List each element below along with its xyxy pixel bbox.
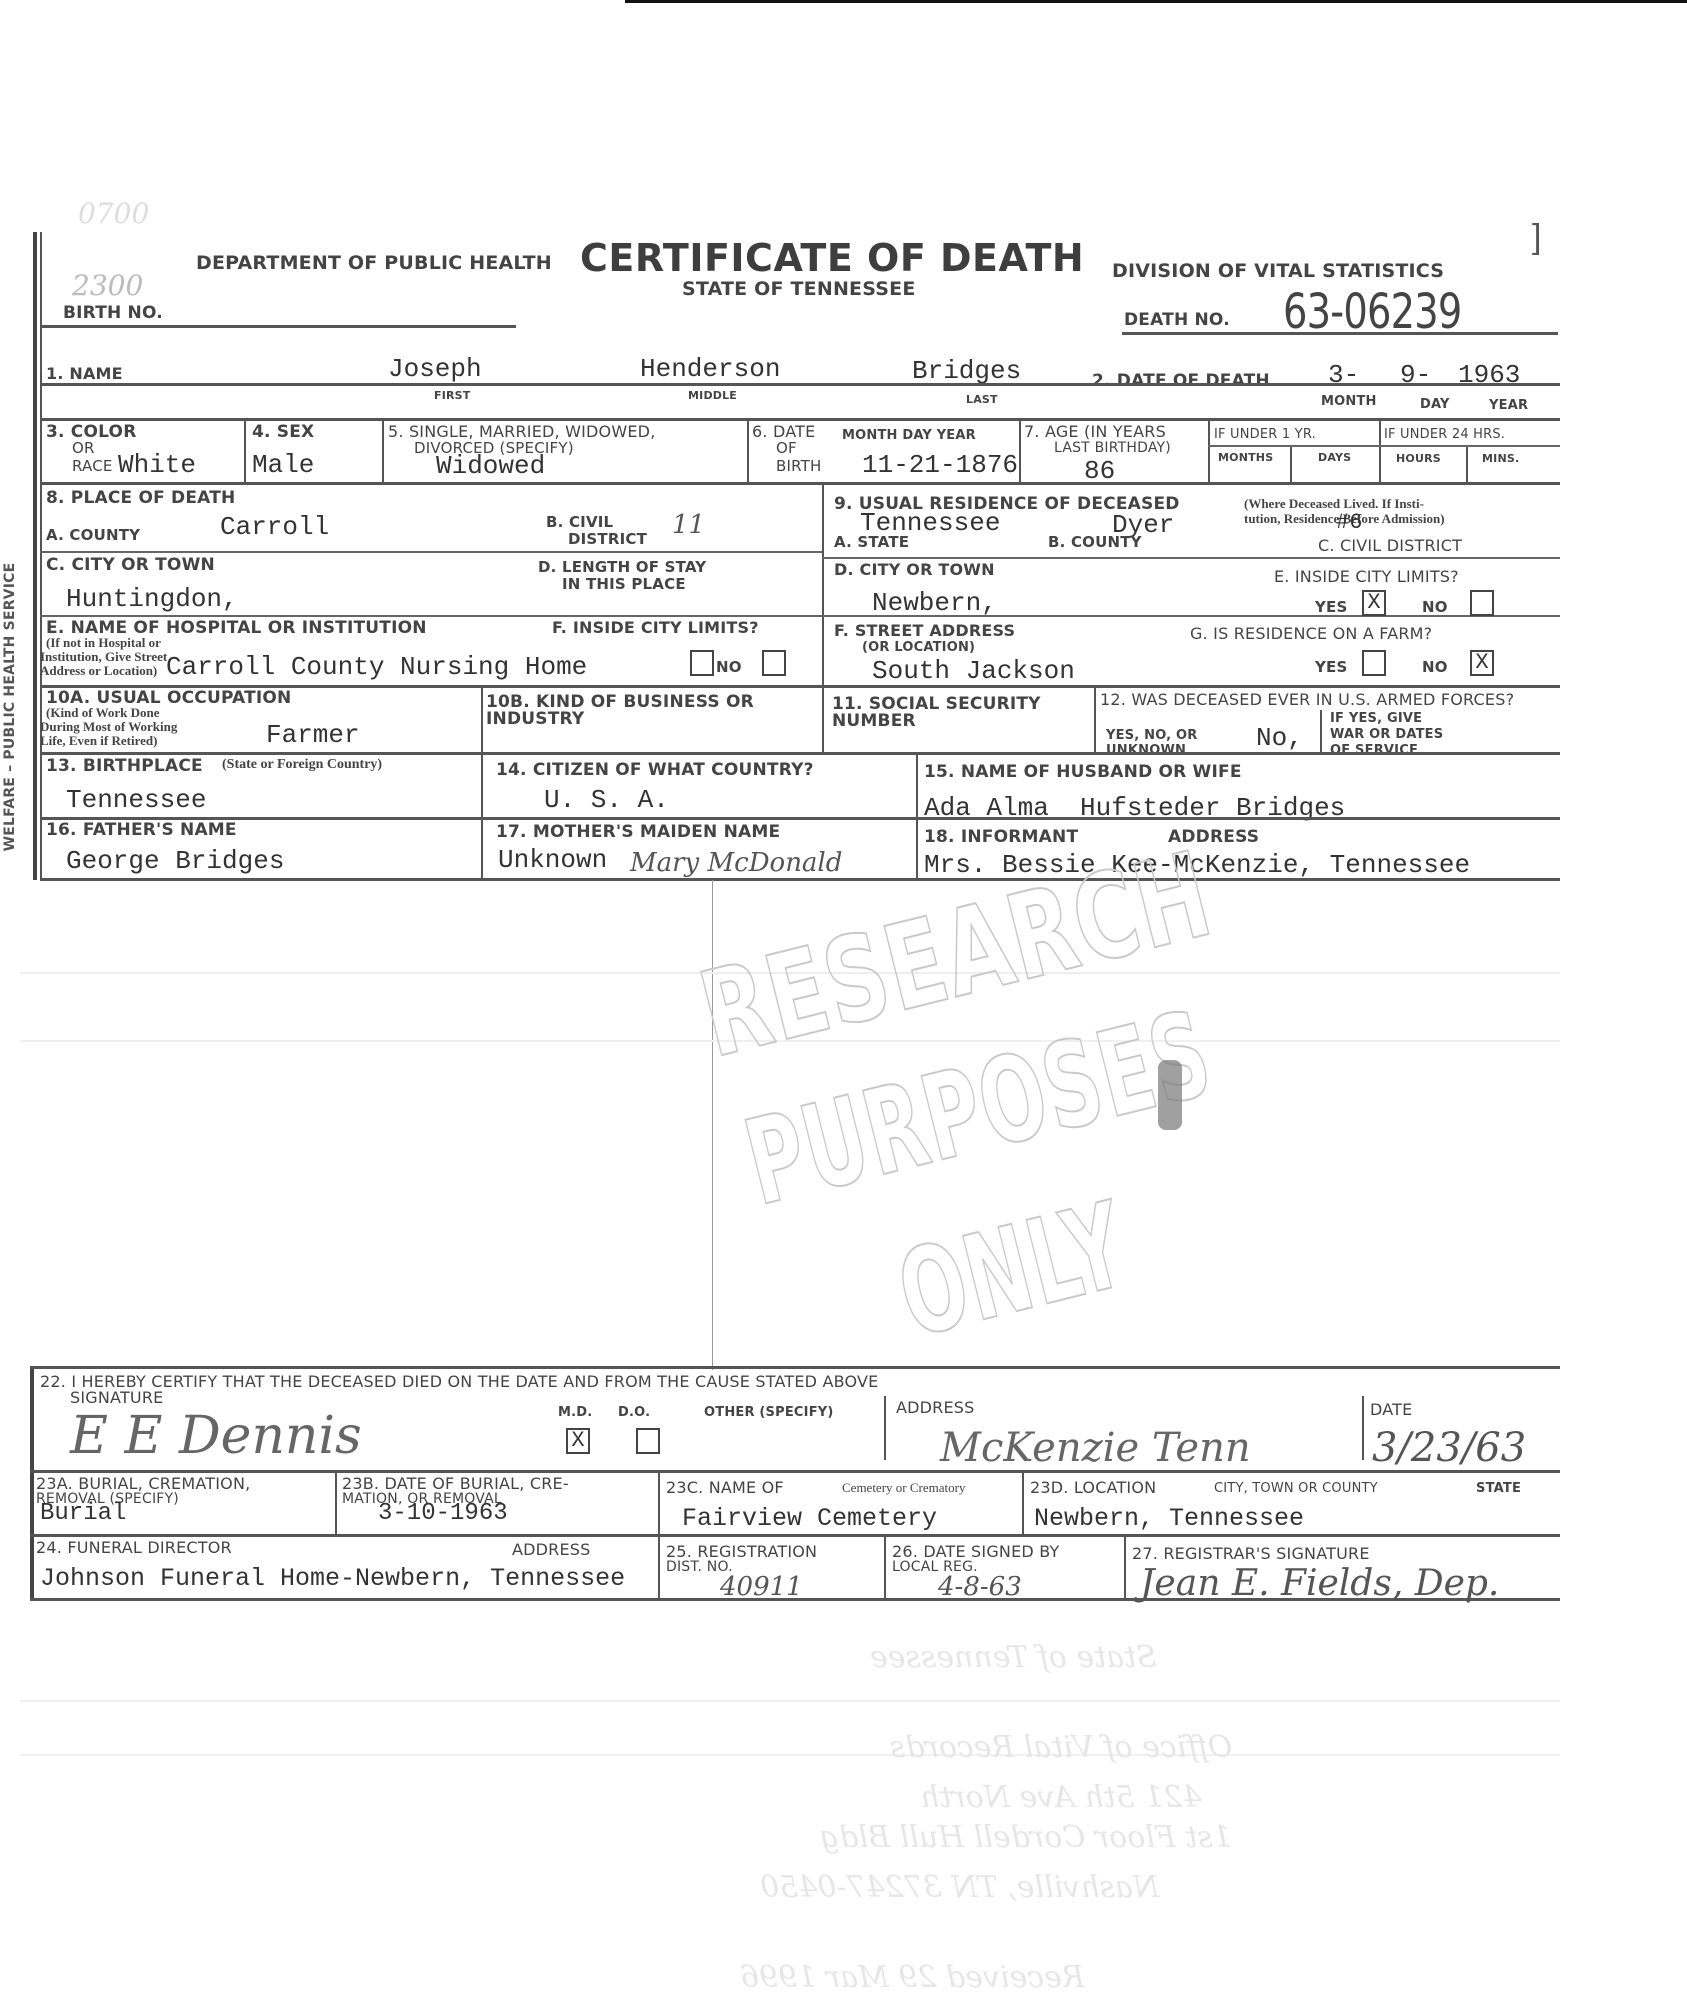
death-no-text: NO xyxy=(716,660,742,675)
faded-line-6: Received 29 Mar 1996 xyxy=(740,1960,1084,1995)
occupation-note-3: Life, Even if Retired) xyxy=(40,734,157,747)
yn-label-2: UNKNOWN xyxy=(1106,744,1186,757)
location-note: CITY, TOWN OR COUNTY xyxy=(1214,1482,1378,1495)
row3-top-rule xyxy=(40,482,1560,485)
residence-state-label: A. STATE xyxy=(834,535,909,550)
stamp-ink-blot xyxy=(1158,1060,1182,1130)
place-of-death-label: 8. PLACE OF DEATH xyxy=(46,490,235,507)
death-inside-no-checkbox[interactable] xyxy=(762,650,786,676)
stay-label-2: IN THIS PLACE xyxy=(562,577,686,592)
marital-value: Widowed xyxy=(436,453,545,479)
location-label: 23D. LOCATION xyxy=(1030,1480,1156,1496)
race-value: White xyxy=(118,452,196,478)
other-specify-label: OTHER (SPECIFY) xyxy=(704,1406,834,1419)
name-last: Bridges xyxy=(912,358,1021,384)
under-1yr-label: IF UNDER 1 YR. xyxy=(1214,428,1316,441)
occupation-note-2: During Most of Working xyxy=(40,720,177,733)
row2-top-rule xyxy=(40,418,1560,421)
header-rule-right xyxy=(1122,332,1558,335)
color-label-2: OR xyxy=(72,441,95,456)
mins-label: MINS. xyxy=(1482,453,1519,464)
divider xyxy=(1466,445,1468,482)
do-checkbox[interactable] xyxy=(636,1428,660,1454)
dob-label-1: 6. DATE xyxy=(752,424,815,440)
informant-label: 18. INFORMANT xyxy=(924,829,1078,846)
location-value: Newbern, Tennessee xyxy=(1034,1506,1304,1531)
residence-civil-label: C. CIVIL DISTRICT xyxy=(1318,538,1462,554)
sex-value: Male xyxy=(252,452,314,478)
md-checkbox[interactable]: X xyxy=(566,1428,590,1454)
certify-top-rule xyxy=(30,1366,1560,1369)
certify-label: 22. I HEREBY CERTIFY THAT THE DECEASED D… xyxy=(40,1374,878,1390)
ssn-label-2: NUMBER xyxy=(832,713,916,730)
mother-handwritten: Mary McDonald xyxy=(630,850,842,876)
day-caption: DAY xyxy=(1420,398,1450,411)
year-caption: YEAR xyxy=(1489,399,1528,412)
age-value: 86 xyxy=(1084,458,1115,484)
age-sub-rule xyxy=(1208,445,1560,447)
months-label: MONTHS xyxy=(1218,452,1273,463)
civil-value: 11 xyxy=(672,512,705,538)
father-value: George Bridges xyxy=(66,848,284,874)
cemetery-label: 23C. NAME OF xyxy=(666,1480,784,1496)
street-value: South Jackson xyxy=(872,658,1075,684)
certifier-signature: E E Dennis xyxy=(70,1410,362,1462)
date-of-death-label: 2. DATE OF DEATH xyxy=(1092,373,1270,390)
city-value: Huntingdon, xyxy=(66,586,238,612)
center-divider xyxy=(822,482,824,752)
birth-no-scribble-1: 0700 xyxy=(78,200,149,228)
cemetery-note: Cemetery or Crematory xyxy=(842,1481,965,1494)
farm-label: G. IS RESIDENCE ON A FARM? xyxy=(1190,626,1432,642)
funeral-label: 24. FUNERAL DIRECTOR xyxy=(36,1540,232,1556)
divider xyxy=(244,418,246,482)
faded-line-4: 1st Floor Cordell Hull Bldg xyxy=(820,1820,1232,1855)
reg-label-1: 25. REGISTRATION xyxy=(666,1544,817,1560)
birth-no-scribble-2: 2300 xyxy=(72,272,143,300)
burial-value: Burial xyxy=(40,1502,126,1526)
faint-rule xyxy=(20,1754,1560,1756)
faint-rule xyxy=(20,1700,1560,1702)
divider xyxy=(1362,1396,1364,1460)
side-text: WELFARE – PUBLIC HEALTH SERVICE xyxy=(3,557,17,857)
residence-civil: #6 xyxy=(1336,512,1362,534)
age-label-1: 7. AGE (IN YEARS xyxy=(1024,424,1166,440)
divider xyxy=(747,418,749,482)
burial-date: 3-10-1963 xyxy=(378,1502,508,1526)
row6-top-rule xyxy=(40,817,1560,820)
birth-no-label: BIRTH NO. xyxy=(63,305,163,322)
sex-label: 4. SEX xyxy=(252,424,314,441)
if-yes-2: WAR OR DATES xyxy=(1330,728,1443,741)
marital-label-1: 5. SINGLE, MARRIED, WIDOWED, xyxy=(388,424,655,440)
divider xyxy=(382,418,384,482)
res-city-value: Newbern, xyxy=(872,590,997,616)
funeral-address-label: ADDRESS xyxy=(512,1542,591,1558)
death-inside-yes-checkbox[interactable] xyxy=(690,650,714,676)
farm-yes-text: YES xyxy=(1315,660,1348,675)
dob-caption: MONTH DAY YEAR xyxy=(842,429,976,442)
name-first: Joseph xyxy=(388,356,482,382)
death-no-label: DEATH NO. xyxy=(1124,312,1230,329)
row3a-rule xyxy=(40,551,822,553)
registrar-label: 27. REGISTRAR'S SIGNATURE xyxy=(1132,1546,1370,1562)
top-edge-line xyxy=(625,0,1687,3)
res-inside-label: E. INSIDE CITY LIMITS? xyxy=(1274,569,1459,585)
res-city-label: D. CITY OR TOWN xyxy=(834,562,995,578)
signed-value: 4-8-63 xyxy=(938,1574,1022,1600)
signed-label-1: 26. DATE SIGNED BY xyxy=(892,1544,1059,1560)
residence-county-label: B. COUNTY xyxy=(1048,535,1142,550)
hospital-value: Carroll County Nursing Home xyxy=(166,654,587,680)
birthplace-label: 13. BIRTHPLACE xyxy=(46,758,203,775)
state-heading: STATE OF TENNESSEE xyxy=(682,280,916,299)
dob-label-3: BIRTH xyxy=(776,459,822,474)
divider xyxy=(884,1534,886,1598)
first-caption: FIRST xyxy=(434,390,471,401)
hospital-note-2: Institution, Give Street xyxy=(40,650,167,663)
stay-label-1: D. LENGTH OF STAY xyxy=(538,560,706,575)
name-middle: Henderson xyxy=(640,356,780,382)
divider xyxy=(1320,710,1322,752)
mother-label: 17. MOTHER'S MAIDEN NAME xyxy=(496,824,780,841)
funeral-bottom-rule xyxy=(30,1598,1560,1601)
farm-no-checkbox[interactable]: X xyxy=(1470,650,1494,676)
street-label-1: F. STREET ADDRESS xyxy=(834,623,1015,639)
name-label: 1. NAME xyxy=(46,366,123,382)
certificate-title: CERTIFICATE OF DEATH xyxy=(580,236,1084,280)
divider xyxy=(481,685,483,752)
citizen-value: U. S. A. xyxy=(544,787,669,813)
res-yes-text: YES xyxy=(1315,600,1348,615)
if-yes-1: IF YES, GIVE xyxy=(1330,712,1422,725)
registrar-signature: Jean E. Fields, Dep. xyxy=(1140,1566,1499,1602)
certify-date-label: DATE xyxy=(1370,1402,1412,1418)
if-yes-3: OF SERVICE xyxy=(1330,744,1418,757)
birthplace-value: Tennessee xyxy=(66,787,206,813)
divider xyxy=(1124,1534,1126,1598)
res-inside-no-checkbox[interactable] xyxy=(1470,590,1494,616)
form-left-border xyxy=(33,232,37,880)
res-rule-1 xyxy=(822,557,1560,559)
hours-label: HOURS xyxy=(1396,453,1441,464)
hospital-note-3: Address or Location) xyxy=(40,664,157,677)
row5-top-rule xyxy=(40,752,1560,755)
reg-value: 40911 xyxy=(720,1574,803,1600)
corner-mark: ] xyxy=(1532,218,1541,257)
faded-line-3: 421 5th Ave North xyxy=(920,1780,1202,1815)
father-label: 16. FATHER'S NAME xyxy=(46,822,237,839)
occupation-value: Farmer xyxy=(266,722,360,748)
dob-value: 11-21-1876 xyxy=(862,452,1018,478)
divider xyxy=(1208,418,1210,482)
county-label: A. COUNTY xyxy=(46,528,140,543)
location-state-label: STATE xyxy=(1476,1482,1521,1495)
spouse-label: 15. NAME OF HUSBAND OR WIFE xyxy=(924,764,1242,781)
divider xyxy=(481,752,483,880)
business-label-2: INDUSTRY xyxy=(486,711,584,728)
hospital-note-1: (If not in Hospital or xyxy=(46,636,161,649)
burial-label-1: 23A. BURIAL, CREMATION, xyxy=(36,1476,250,1492)
street-label-2: (OR LOCATION) xyxy=(862,641,975,654)
color-label-3: RACE xyxy=(72,459,113,474)
under-24-label: IF UNDER 24 HRS. xyxy=(1384,428,1505,441)
faded-line-2: Office of Vital Records xyxy=(890,1730,1232,1765)
farm-yes-checkbox[interactable] xyxy=(1362,650,1386,676)
md-label: M.D. xyxy=(558,1406,592,1419)
divider xyxy=(1290,445,1292,482)
armed-forces-label: 12. WAS DECEASED EVER IN U.S. ARMED FORC… xyxy=(1100,692,1514,708)
res-inside-yes-checkbox[interactable]: X xyxy=(1362,590,1386,616)
funeral-value: Johnson Funeral Home-Newbern, Tennessee xyxy=(40,1566,625,1591)
days-label: DAYS xyxy=(1318,452,1351,463)
age-label-2: LAST BIRTHDAY) xyxy=(1054,441,1171,455)
month-caption: MONTH xyxy=(1321,395,1377,408)
farm-no-text: NO xyxy=(1422,660,1448,675)
do-label: D.O. xyxy=(618,1406,650,1419)
inside-limits-label: F. INSIDE CITY LIMITS? xyxy=(552,620,759,636)
header-rule-left xyxy=(40,325,516,328)
divider xyxy=(884,1396,886,1460)
birthplace-note: (State or Foreign Country) xyxy=(222,758,382,772)
divider xyxy=(1094,685,1096,752)
name-rule xyxy=(40,383,1560,386)
citizen-label: 14. CITIZEN OF WHAT COUNTRY? xyxy=(496,762,814,779)
divider xyxy=(1379,418,1381,482)
certify-address: McKenzie Tenn xyxy=(940,1428,1251,1468)
dob-label-2: OF xyxy=(776,441,797,456)
division-heading: DIVISION OF VITAL STATISTICS xyxy=(1112,262,1444,281)
funeral-top-rule xyxy=(30,1534,1560,1537)
lower-left-border xyxy=(30,1366,34,1600)
divider xyxy=(1019,418,1021,482)
civil-label-2: DISTRICT xyxy=(568,532,647,547)
county-value: Carroll xyxy=(220,514,329,540)
burial-date-label-1: 23B. DATE OF BURIAL, CRE- xyxy=(342,1476,569,1492)
certify-address-label: ADDRESS xyxy=(896,1400,975,1416)
stamp-only: ONLY xyxy=(888,1185,1137,1354)
last-caption: LAST xyxy=(966,394,998,405)
signature-label: SIGNATURE xyxy=(70,1390,163,1406)
res-no-text: NO xyxy=(1422,600,1448,615)
cemetery-value: Fairview Cemetery xyxy=(682,1506,937,1531)
mother-typed: Unknown xyxy=(498,847,607,873)
occupation-note-1: (Kind of Work Done xyxy=(46,706,160,719)
row6-bottom-rule xyxy=(40,878,1560,881)
form-left-border-inner xyxy=(40,232,42,880)
divider xyxy=(916,752,918,880)
faded-line-5: Nashville, TN 37247-0450 xyxy=(760,1870,1159,1905)
burial-top-rule xyxy=(30,1470,1560,1473)
faded-line-1: State of Tennessee xyxy=(870,1640,1157,1675)
middle-caption: MIDDLE xyxy=(688,390,737,401)
certify-date: 3/23/63 xyxy=(1372,1428,1526,1468)
divider xyxy=(335,1470,337,1534)
civil-label-1: B. CIVIL xyxy=(546,515,613,530)
armed-forces-value: No, xyxy=(1256,725,1303,751)
department-heading: DEPARTMENT OF PUBLIC HEALTH xyxy=(196,254,552,273)
divider xyxy=(1022,1470,1024,1534)
residence-note-1: (Where Deceased Lived. If Insti- xyxy=(1244,497,1424,510)
city-label: C. CITY OR TOWN xyxy=(46,557,215,574)
yn-label-1: YES, NO, OR xyxy=(1106,729,1198,742)
